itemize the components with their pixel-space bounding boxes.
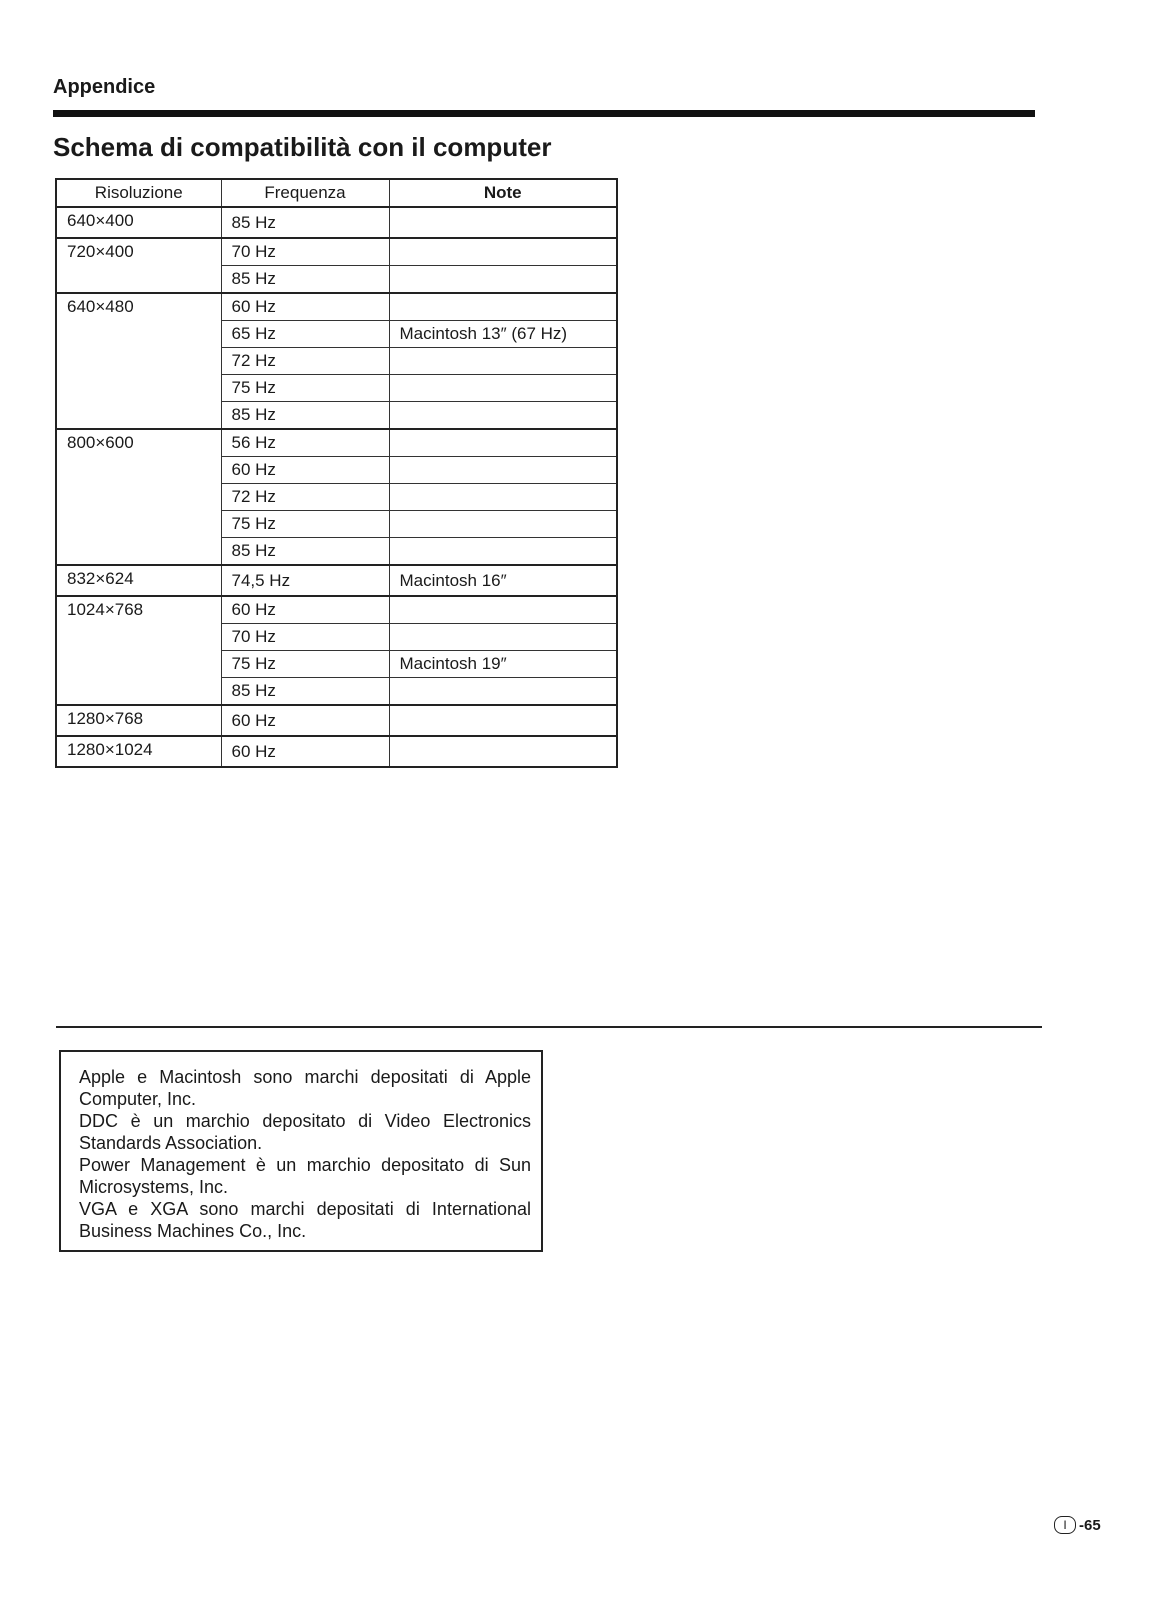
table-row: 640×40085 Hz [56,207,617,238]
resolution-cell: 832×624 [56,565,221,596]
note-cell [389,484,617,511]
frequency-cell: 75 Hz [221,511,389,538]
resolution-cell: 1280×768 [56,705,221,736]
frequency-cell: 75 Hz [221,375,389,402]
frequency-cell: 70 Hz [221,624,389,651]
language-italian-icon: I [1054,1516,1076,1534]
table-row: 800×60056 Hz [56,429,617,457]
note-cell [389,348,617,375]
page-footer: I -65 [1054,1516,1101,1534]
frequency-cell: 85 Hz [221,207,389,238]
frequency-cell: 56 Hz [221,429,389,457]
section-label: Appendice [53,76,155,99]
frequency-cell: 72 Hz [221,484,389,511]
note-cell [389,402,617,430]
trademark-power-management: Power Management è un marchio depositato… [79,1154,531,1198]
note-cell [389,705,617,736]
table-row: 720×40070 Hz [56,238,617,266]
table-header-row: Risoluzione Frequenza Note [56,179,617,207]
frequency-cell: 85 Hz [221,678,389,706]
resolution-cell: 640×480 [56,293,221,429]
table-row: 832×62474,5 HzMacintosh 16″ [56,565,617,596]
note-cell [389,293,617,321]
note-cell [389,678,617,706]
note-cell [389,266,617,294]
note-cell [389,238,617,266]
table-body: 640×40085 Hz720×40070 Hz85 Hz640×48060 H… [56,207,617,767]
trademark-vga-xga: VGA e XGA sono marchi depositati di Inte… [79,1198,531,1242]
table-row: 1280×102460 Hz [56,736,617,767]
frequency-cell: 60 Hz [221,293,389,321]
frequency-cell: 85 Hz [221,266,389,294]
column-header-resolution: Risoluzione [56,179,221,207]
frequency-cell: 70 Hz [221,238,389,266]
column-header-frequency: Frequenza [221,179,389,207]
column-header-note: Note [389,179,617,207]
note-cell [389,429,617,457]
frequency-cell: 60 Hz [221,596,389,624]
trademark-ddc: DDC è un marchio depositato di Video Ele… [79,1110,531,1154]
trademark-notice: Apple e Macintosh sono marchi depositati… [59,1050,543,1252]
resolution-cell: 800×600 [56,429,221,565]
note-cell: Macintosh 19″ [389,651,617,678]
note-cell: Macintosh 13″ (67 Hz) [389,321,617,348]
frequency-cell: 60 Hz [221,457,389,484]
note-cell [389,207,617,238]
frequency-cell: 85 Hz [221,538,389,566]
top-rule [53,110,1035,117]
frequency-cell: 75 Hz [221,651,389,678]
resolution-cell: 720×400 [56,238,221,293]
resolution-cell: 640×400 [56,207,221,238]
compatibility-table: Risoluzione Frequenza Note 640×40085 Hz7… [55,178,618,768]
trademark-apple: Apple e Macintosh sono marchi depositati… [79,1066,531,1110]
note-cell [389,511,617,538]
note-cell [389,457,617,484]
page-title: Schema di compatibilità con il computer [53,132,551,163]
frequency-cell: 60 Hz [221,705,389,736]
table-row: 1024×76860 Hz [56,596,617,624]
note-cell [389,538,617,566]
frequency-cell: 65 Hz [221,321,389,348]
note-cell [389,375,617,402]
note-cell [389,736,617,767]
frequency-cell: 74,5 Hz [221,565,389,596]
note-cell: Macintosh 16″ [389,565,617,596]
page-number: -65 [1079,1517,1101,1534]
frequency-cell: 60 Hz [221,736,389,767]
table-row: 640×48060 Hz [56,293,617,321]
resolution-cell: 1280×1024 [56,736,221,767]
frequency-cell: 72 Hz [221,348,389,375]
note-cell [389,624,617,651]
frequency-cell: 85 Hz [221,402,389,430]
bottom-rule [56,1026,1042,1028]
table-row: 1280×76860 Hz [56,705,617,736]
resolution-cell: 1024×768 [56,596,221,705]
note-cell [389,596,617,624]
